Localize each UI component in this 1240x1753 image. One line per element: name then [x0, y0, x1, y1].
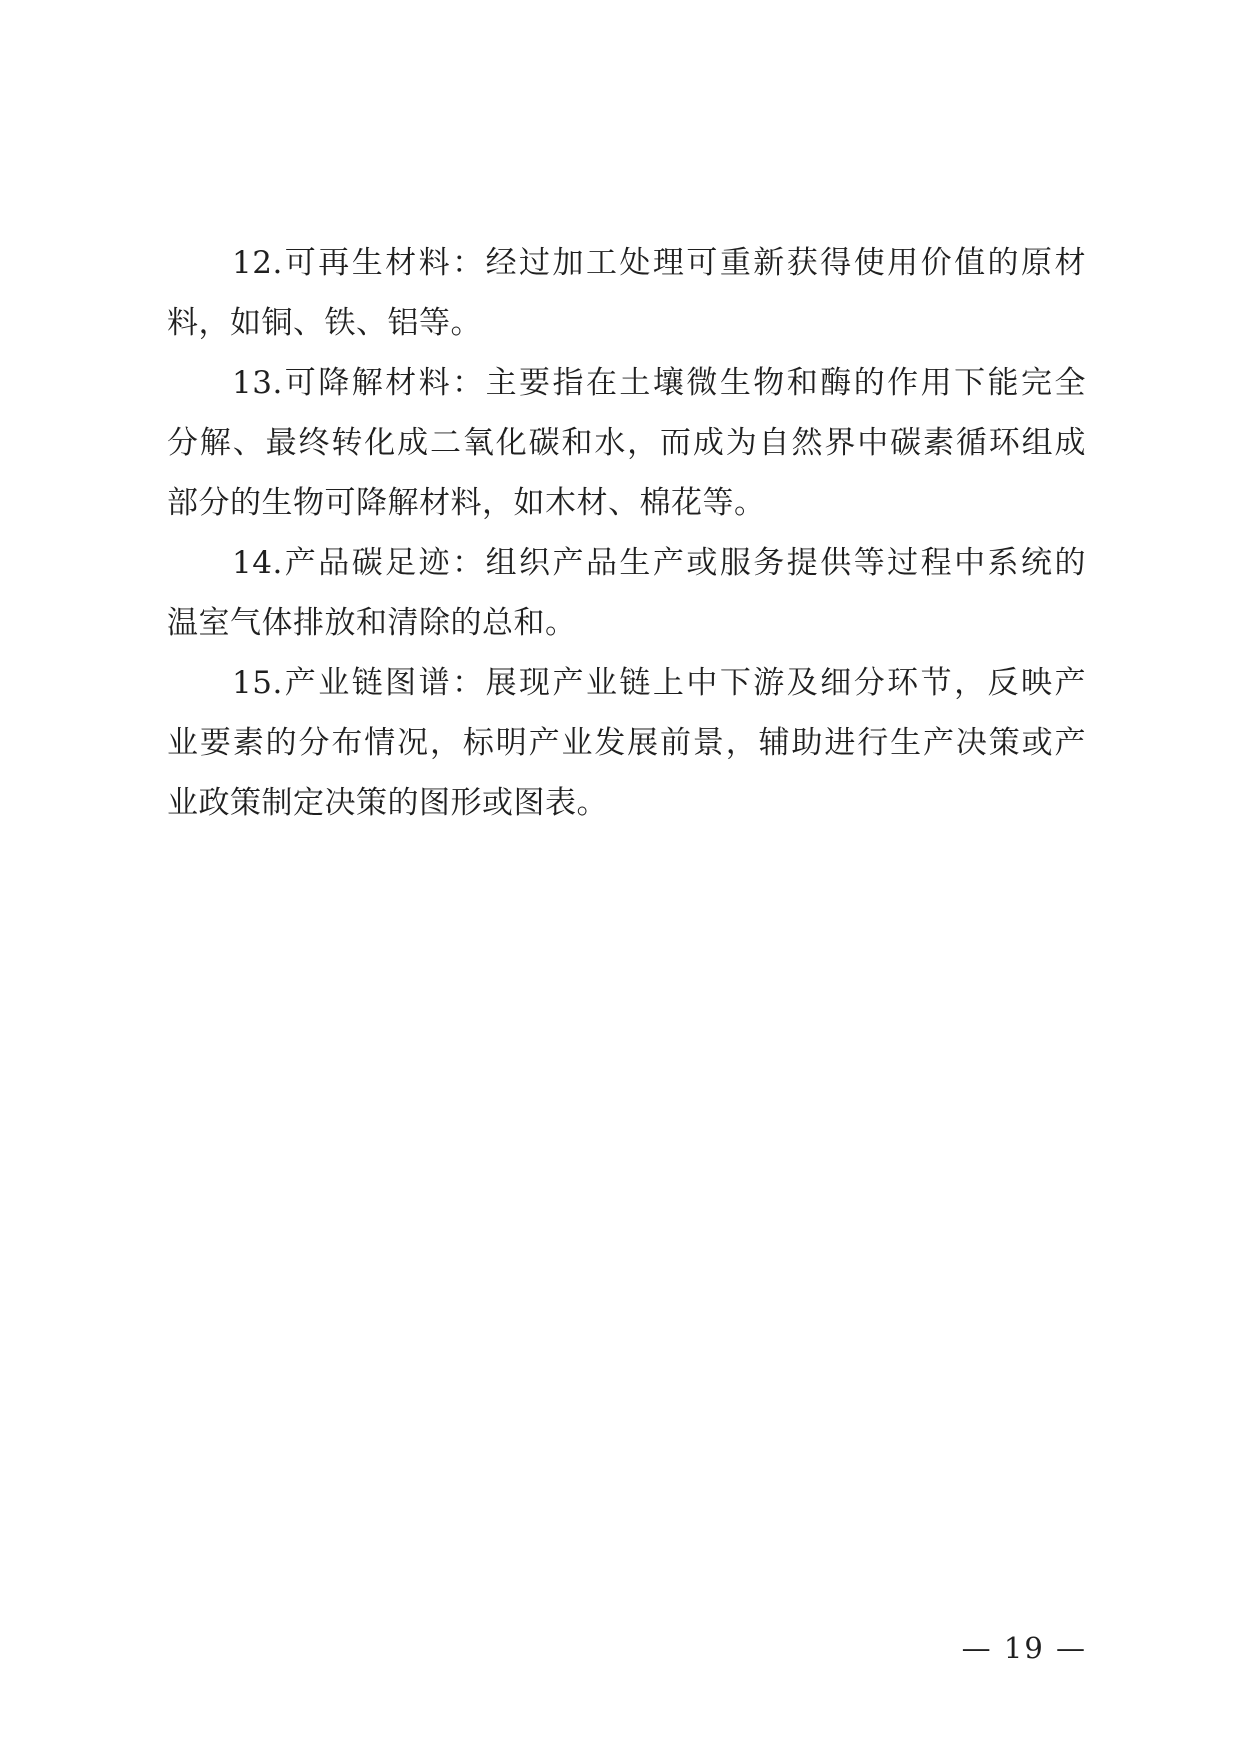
- text-line: 13.可降解材料：主要指在土壤微生物和酶的作用下能完全: [167, 353, 1086, 413]
- page-number: — 19 —: [962, 1630, 1087, 1666]
- text-line: 温室气体排放和清除的总和。: [167, 593, 1086, 653]
- text-line: 料，如铜、铁、铝等。: [167, 293, 1086, 353]
- definition-item-12: 12.可再生材料：经过加工处理可重新获得使用价值的原材 料，如铜、铁、铝等。: [167, 233, 1086, 353]
- text-line: 14.产品碳足迹：组织产品生产或服务提供等过程中系统的: [167, 533, 1086, 593]
- document-page: 12.可再生材料：经过加工处理可重新获得使用价值的原材 料，如铜、铁、铝等。 1…: [0, 0, 1240, 1753]
- text-line: 业要素的分布情况，标明产业发展前景，辅助进行生产决策或产: [167, 713, 1086, 773]
- text-line: 部分的生物可降解材料，如木材、棉花等。: [167, 473, 1086, 533]
- text-line: 15.产业链图谱：展现产业链上中下游及细分环节，反映产: [167, 653, 1086, 713]
- document-body: 12.可再生材料：经过加工处理可重新获得使用价值的原材 料，如铜、铁、铝等。 1…: [167, 233, 1086, 833]
- definition-item-13: 13.可降解材料：主要指在土壤微生物和酶的作用下能完全 分解、最终转化成二氧化碳…: [167, 353, 1086, 533]
- definition-item-14: 14.产品碳足迹：组织产品生产或服务提供等过程中系统的 温室气体排放和清除的总和…: [167, 533, 1086, 653]
- text-line: 12.可再生材料：经过加工处理可重新获得使用价值的原材: [167, 233, 1086, 293]
- text-line: 分解、最终转化成二氧化碳和水，而成为自然界中碳素循环组成: [167, 413, 1086, 473]
- definition-item-15: 15.产业链图谱：展现产业链上中下游及细分环节，反映产 业要素的分布情况，标明产…: [167, 653, 1086, 833]
- text-line: 业政策制定决策的图形或图表。: [167, 773, 1086, 833]
